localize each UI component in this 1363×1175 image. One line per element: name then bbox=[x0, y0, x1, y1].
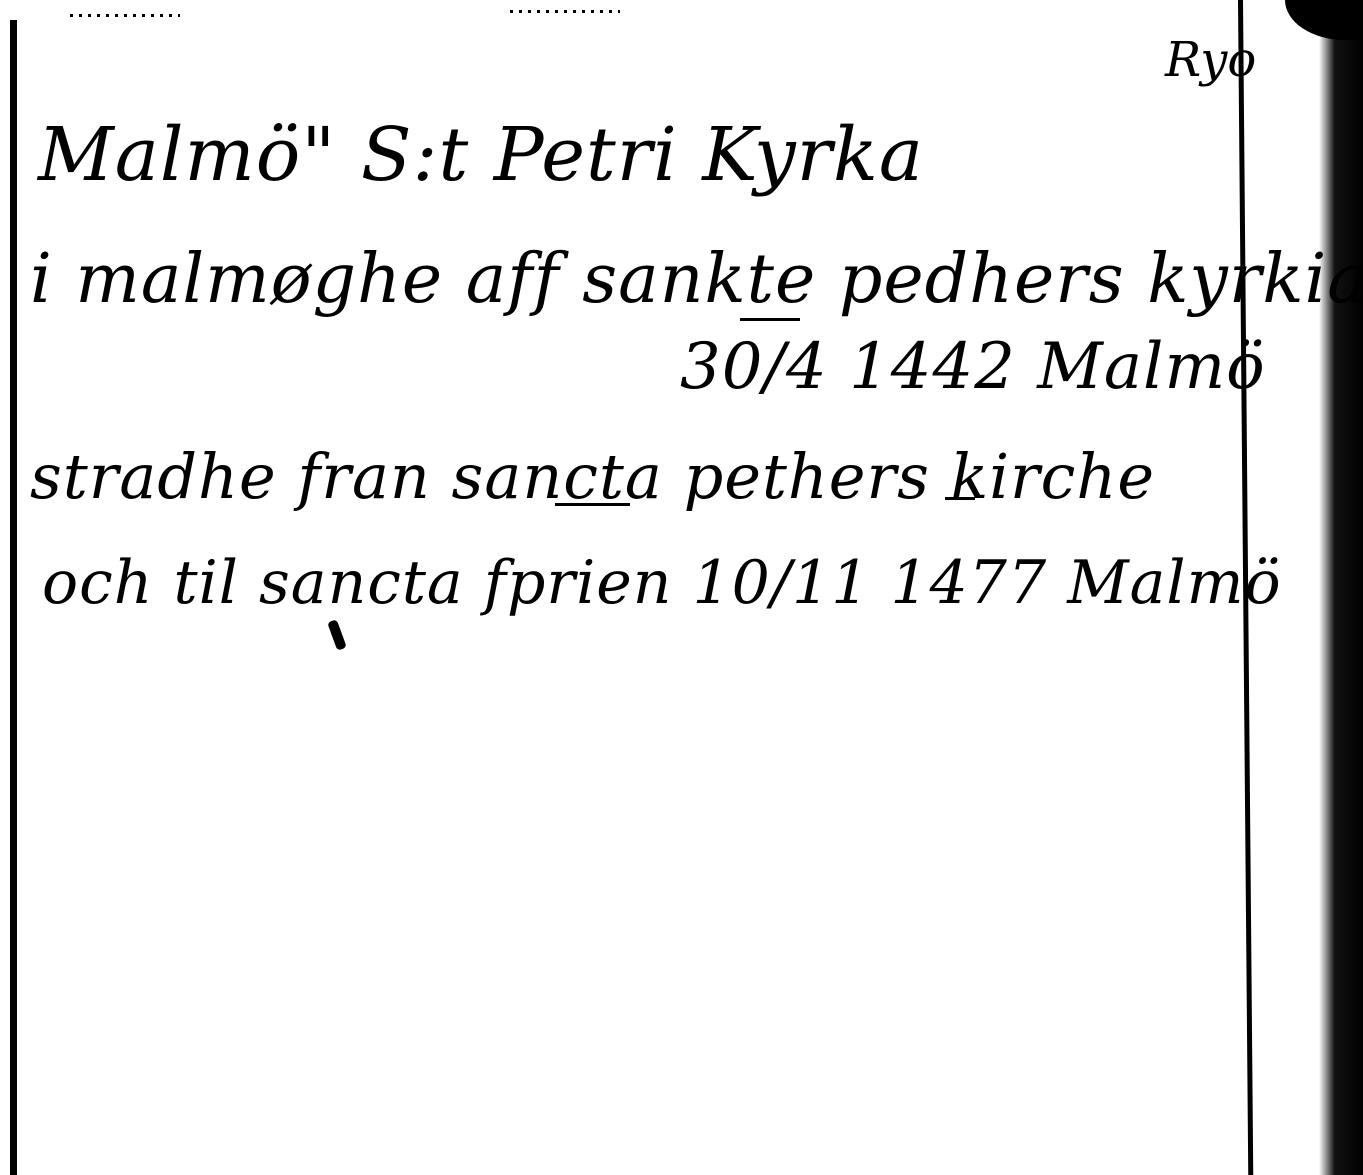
underline-mark bbox=[555, 503, 630, 506]
handwritten-line-5: och til sancta fprien 10/11 1477 Malmö bbox=[42, 548, 1282, 618]
index-card: Ryo Malmö" S:t Petri Kyrka i malmøghe af… bbox=[0, 0, 1363, 1175]
handwritten-line-3-date: 30/4 1442 Malmö bbox=[680, 330, 1266, 404]
handwritten-line-2: i malmøghe aff sankte pedhers kyrkia bbox=[30, 240, 1363, 319]
underline-mark bbox=[945, 497, 975, 500]
underline-mark bbox=[740, 318, 800, 321]
card-left-border bbox=[10, 20, 17, 1175]
scan-noise bbox=[70, 14, 180, 17]
ink-blot bbox=[327, 619, 347, 651]
card-right-edge-shadow bbox=[1300, 0, 1363, 1175]
card-top-right-corner-shadow bbox=[1285, 0, 1363, 40]
scan-noise bbox=[510, 10, 620, 13]
card-heading-line: Malmö" S:t Petri Kyrka bbox=[38, 112, 924, 198]
corner-reference-mark: Ryo bbox=[1165, 32, 1256, 88]
